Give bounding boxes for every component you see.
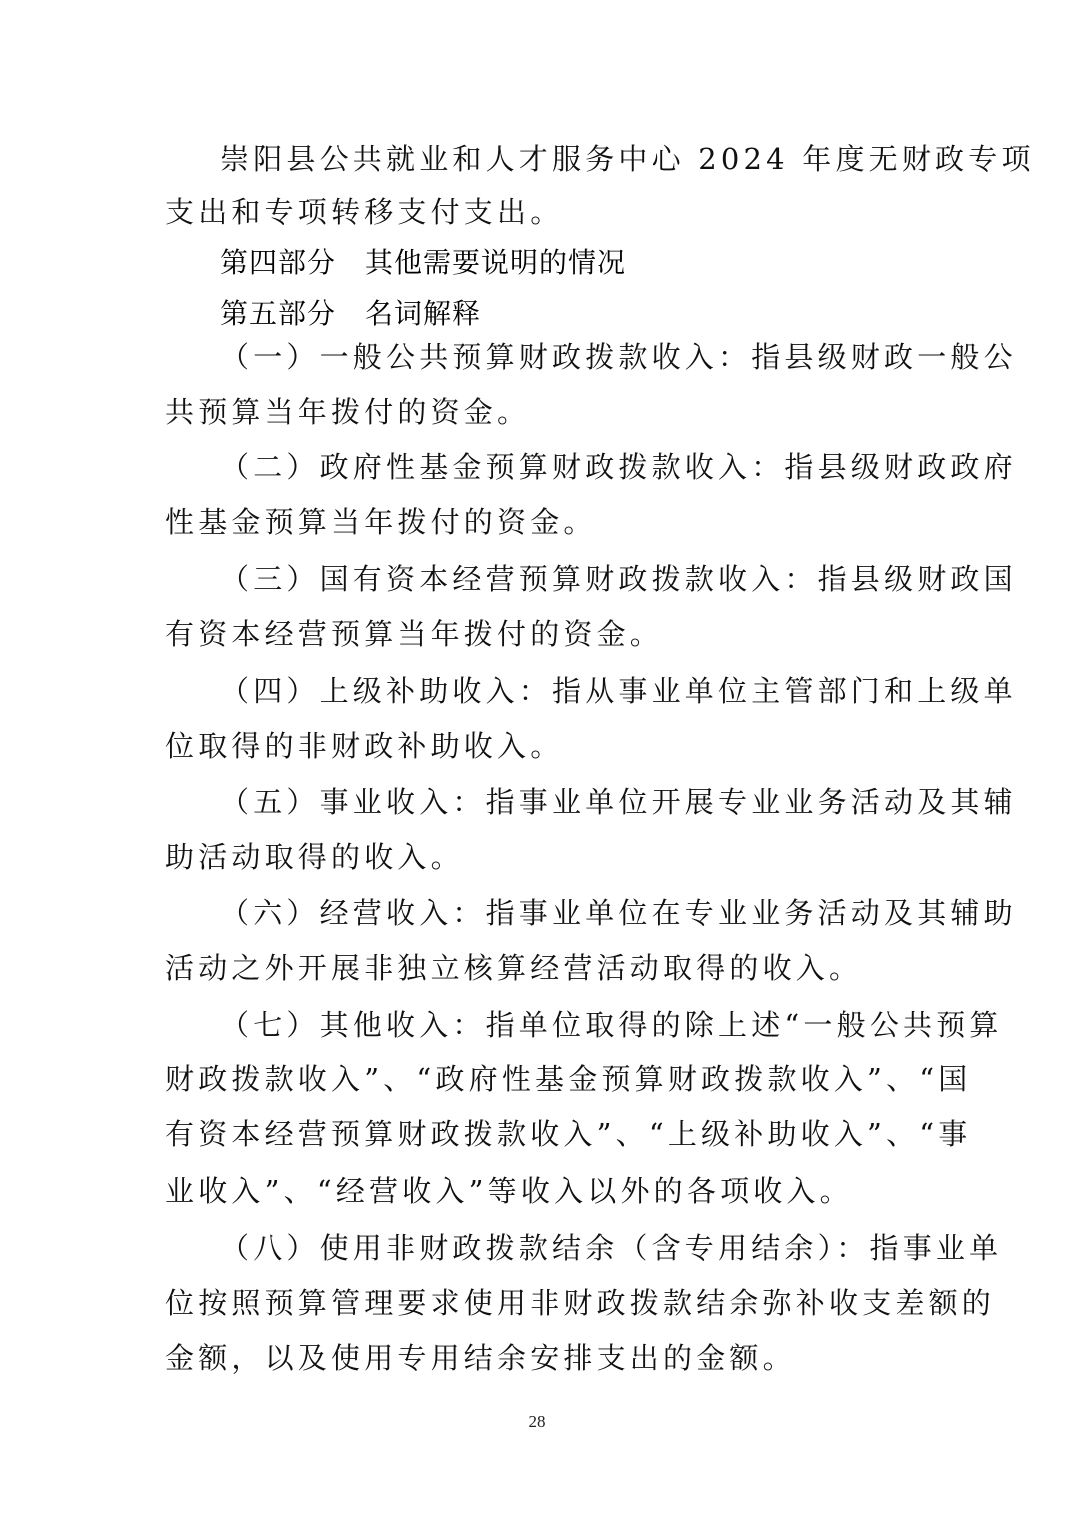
document-page: 崇阳县公共就业和人才服务中心 2024 年度无财政专项 支出和专项转移支付支出。…: [0, 0, 1074, 1520]
body-text-line: 共预算当年拨付的资金。: [165, 392, 911, 432]
body-text-line: 支出和专项转移支付支出。: [165, 192, 911, 232]
body-text-line: （五）事业收入：指事业单位开展专业业务活动及其辅: [220, 782, 911, 822]
body-text-line: 活动之外开展非独立核算经营活动取得的收入。: [165, 948, 911, 988]
body-text-line: 金额，以及使用专用结余安排支出的金额。: [165, 1338, 911, 1378]
body-text-line: （七）其他收入：指单位取得的除上述“一般公共预算: [220, 1005, 911, 1045]
body-text-line: （八）使用非财政拨款结余（含专用结余）：指事业单: [220, 1228, 911, 1268]
body-text-line: （二）政府性基金预算财政拨款收入：指县级财政政府: [220, 447, 911, 487]
body-text-line: 位取得的非财政补助收入。: [165, 726, 911, 766]
body-text-line: 位按照预算管理要求使用非财政拨款结余弥补收支差额的: [165, 1283, 911, 1323]
section-heading: 第四部分 其他需要说明的情况: [220, 243, 911, 283]
body-text-line: 性基金预算当年拨付的资金。: [165, 502, 911, 542]
body-text-line: （六）经营收入：指事业单位在专业业务活动及其辅助: [220, 893, 911, 933]
body-text-line: 有资本经营预算财政拨款收入”、“上级补助收入”、“事: [165, 1114, 911, 1154]
section-heading: 第五部分 名词解释: [220, 294, 911, 334]
body-text-line: 有资本经营预算当年拨付的资金。: [165, 614, 911, 654]
body-text-line: （四）上级补助收入：指从事业单位主管部门和上级单: [220, 671, 911, 711]
body-text-line: 助活动取得的收入。: [165, 837, 911, 877]
page-number: 28: [0, 1412, 1074, 1432]
body-text-line: 崇阳县公共就业和人才服务中心 2024 年度无财政专项: [220, 139, 911, 179]
body-text-line: （三）国有资本经营预算财政拨款收入：指县级财政国: [220, 559, 911, 599]
body-text-line: 业收入”、“经营收入”等收入以外的各项收入。: [165, 1171, 911, 1211]
body-text-line: 财政拨款收入”、“政府性基金预算财政拨款收入”、“国: [165, 1059, 911, 1099]
body-text-line: （一）一般公共预算财政拨款收入：指县级财政一般公: [220, 337, 911, 377]
